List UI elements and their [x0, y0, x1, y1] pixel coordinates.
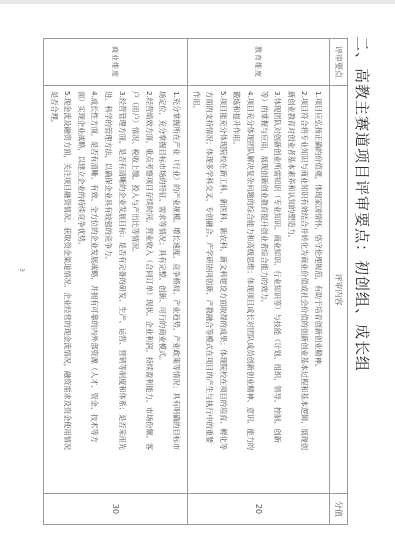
content-line: 2.经营绩效方面，重点考察项目存续时间、营业收入（合同订单）现状、企业利润、持续… — [142, 91, 156, 488]
content-line: 户（用户）情况、税收上缴、投入与产出比等情况。 — [129, 91, 143, 488]
score-value: 20 — [254, 504, 263, 514]
content-line: 2.项目符合将专业知识与商业知识有效结合并转化为商业价值或社会价值的创新创业基本… — [298, 91, 312, 488]
document-title: 二、高教主赛道项目评审要点：初创组、成长组 — [352, 36, 373, 372]
content-line: 新创业教育对创业者基本素养和认知的塑造力。 — [284, 91, 298, 488]
table-row-business: 商业维度 1.充分掌握所在产业（行业）的产业规模、增长速度、竞争格局、产业趋势、… — [44, 39, 187, 524]
content-line: 场定位，充分掌握目标市场的特征、需求等情况；具有完整、创新、可行的商业模式。 — [156, 91, 170, 488]
content-line: 是否合理。 — [47, 91, 61, 488]
score-value: 30 — [111, 504, 120, 514]
header-point: 评审要点 — [333, 46, 344, 78]
page-number: 3 — [18, 268, 25, 272]
content-line: 进、科学的管理方法，以确保企业具有较强的竞争力。 — [101, 91, 115, 488]
table-header-row: 评审要点 评审内容 分值 — [329, 39, 347, 524]
content-line: 4.成长性方面，是否有清晰、有效、全方位的企业发展战略，并拥有可靠的内外部资源（… — [88, 91, 102, 488]
content-line: 方面的支持情况；体现多学科交叉、专创融合、产学研协同创新、产教融合等模式在项目的… — [203, 91, 217, 488]
content-line: 4.项目充分体现团队解决复杂问题的综合能力和高级思维；体现项目成长对团队成员创新… — [243, 91, 257, 488]
table-row-education: 教育维度 1.项目应弘扬正确的价值观，体现家国情怀，恪守伦理规范，有助于培育创新… — [187, 39, 329, 524]
content-line: 1.项目应弘扬正确的价值观，体现家国情怀，恪守伦理规范，有助于培育创新创业精神。 — [311, 91, 325, 488]
header-content: 评审内容 — [333, 274, 344, 306]
content-line: 锻炼和提升作用。 — [230, 91, 244, 488]
content-cell: 1.项目应弘扬正确的价值观，体现家国情怀，恪守伦理规范，有助于培育创新创业精神。… — [188, 86, 329, 494]
rotated-document-page: 二、高教主赛道项目评审要点：初创组、成长组 评审要点 评审内容 分值 教育维度 … — [0, 0, 395, 560]
content-line: 等）的掌握与应用，展现创新创业教育提升创业者综合能力的效力。 — [257, 91, 271, 488]
dimension-label: 商业维度 — [111, 46, 121, 78]
dimension-label: 教育维度 — [254, 46, 264, 78]
content-line: 1.充分掌握所在产业（行业）的产业规模、增长速度、竞争格局、产业趋势、产业政策等… — [169, 91, 183, 488]
content-cell: 1.充分掌握所在产业（行业）的产业规模、增长速度、竞争格局、产业趋势、产业政策等… — [44, 86, 187, 494]
content-line: 3.经营管理方面，是否有清晰的企业发展目标；是否有完备的研发、生产、运营、营销等… — [115, 91, 129, 488]
content-line: 5.项目能充分体现院校在新工科、新医科、新农科、新文科建设方面取得的成果；体现院… — [216, 91, 230, 488]
evaluation-table: 评审要点 评审内容 分值 教育维度 1.项目应弘扬正确的价值观，体现家国情怀，恪… — [43, 38, 348, 525]
content-line: 面）实现企业战略，以建立企业的持续竞争优势。 — [74, 91, 88, 488]
content-line: 作用。 — [189, 91, 203, 488]
content-line: 3.体现团队对创新创业所需知识（专业知识、商业知识、行业知识等）与技能（计划、组… — [271, 91, 285, 488]
content-line: 5.现金流及融资方面，关注项目融资情况、获取资金渠道情况、企业经营的现金流情况，… — [61, 91, 75, 488]
header-score: 分值 — [333, 501, 344, 517]
